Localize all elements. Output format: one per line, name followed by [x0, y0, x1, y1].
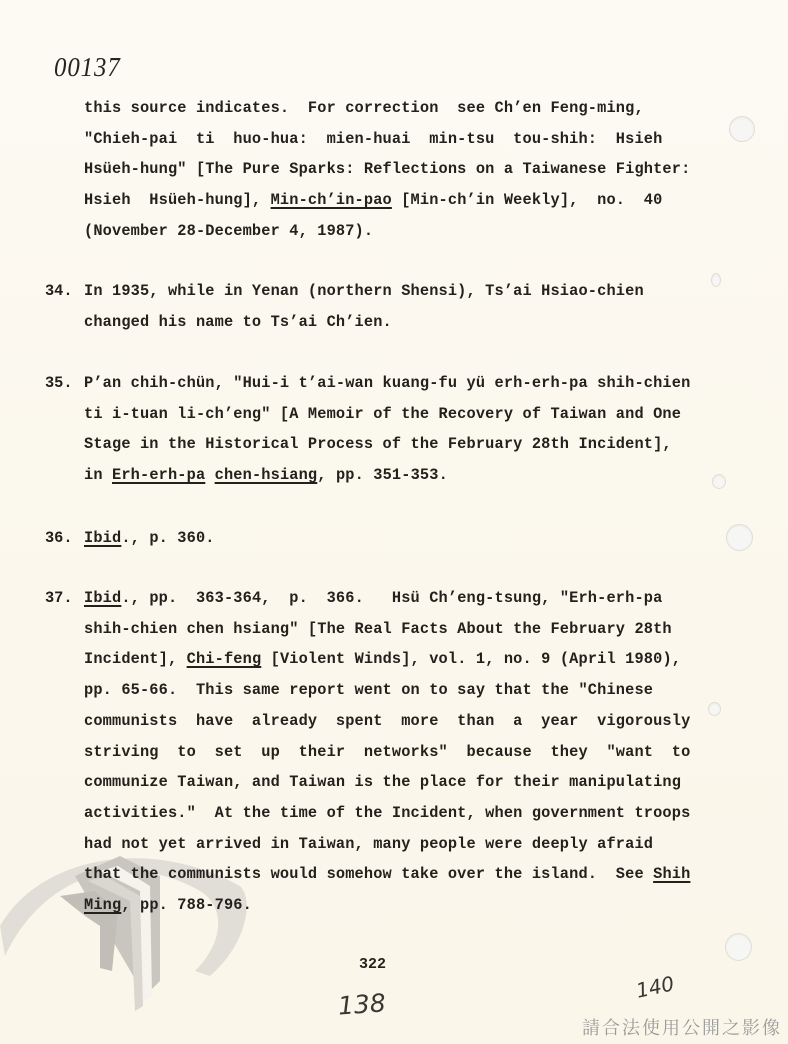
footnote-number: 37.: [45, 589, 73, 607]
text-line: Stage in the Historical Process of the F…: [84, 435, 672, 453]
text-line: that the communists would somehow take o…: [84, 865, 690, 883]
binder-hole: [725, 933, 752, 961]
text-line: (November 28-December 4, 1987).: [84, 222, 373, 240]
text-line: pp. 65-66. This same report went on to s…: [84, 681, 653, 699]
text-line: Hsieh Hsüeh-hung], Min-ch’in-pao [Min-ch…: [84, 191, 662, 209]
binder-hole: [729, 116, 755, 142]
footnote-number: 35.: [45, 374, 73, 392]
underlined-title: Erh-erh-pa: [112, 466, 205, 484]
watermark-text: 請合法使用公開之影像: [582, 1014, 782, 1040]
underlined-title: Shih: [653, 865, 690, 883]
text-line: Ibid., pp. 363-364, p. 366. Hsü Ch’eng-t…: [84, 589, 662, 607]
binder-hole: [726, 524, 753, 551]
text-line: Ming, pp. 788-796.: [84, 896, 252, 914]
text-line: Ibid., p. 360.: [84, 529, 215, 547]
underlined-title: Ibid: [84, 589, 121, 607]
text-line: communists have already spent more than …: [84, 712, 690, 730]
footnote-number: 36.: [45, 529, 73, 547]
underlined-title: Chi-feng: [187, 650, 262, 668]
text-line: ti i-tuan li-ch’eng" [A Memoir of the Re…: [84, 405, 681, 423]
underlined-title: Ming: [84, 896, 121, 914]
binder-hole: [711, 273, 721, 287]
underlined-title: Min-ch’in-pao: [271, 191, 392, 209]
archive-number: 00137: [54, 52, 121, 83]
text-line: this source indicates. For correction se…: [84, 99, 644, 117]
binder-hole: [712, 474, 726, 489]
text-line: had not yet arrived in Taiwan, many peop…: [84, 835, 653, 853]
text-line: "Chieh-pai ti huo-hua: mien-huai min-tsu…: [84, 130, 662, 148]
underlined-title: chen-hsiang: [215, 466, 318, 484]
binder-hole: [708, 702, 721, 716]
text-line: In 1935, while in Yenan (northern Shensi…: [84, 282, 644, 300]
text-line: changed his name to Ts’ai Ch’ien.: [84, 313, 392, 331]
text-line: in Erh-erh-pa chen-hsiang, pp. 351-353.: [84, 466, 448, 484]
underlined-title: Ibid: [84, 529, 121, 547]
footnote-number: 34.: [45, 282, 73, 300]
handwritten-page-mark: 140: [634, 971, 676, 1002]
text-line: striving to set up their networks" becau…: [84, 743, 690, 761]
text-line: Hsüeh-hung" [The Pure Sparks: Reflection…: [84, 160, 690, 178]
text-line: shih-chien chen hsiang" [The Real Facts …: [84, 620, 672, 638]
document-page: 00137 this source indicates. For correct…: [0, 0, 788, 1044]
text-line: Incident], Chi-feng [Violent Winds], vol…: [84, 650, 681, 668]
text-line: communize Taiwan, and Taiwan is the plac…: [84, 773, 681, 791]
text-line: P’an chih-chün, "Hui-i t’ai-wan kuang-fu…: [84, 374, 690, 392]
handwritten-page-mark: 138: [337, 988, 387, 1020]
text-line: activities." At the time of the Incident…: [84, 804, 690, 822]
page-number: 322: [359, 956, 386, 973]
